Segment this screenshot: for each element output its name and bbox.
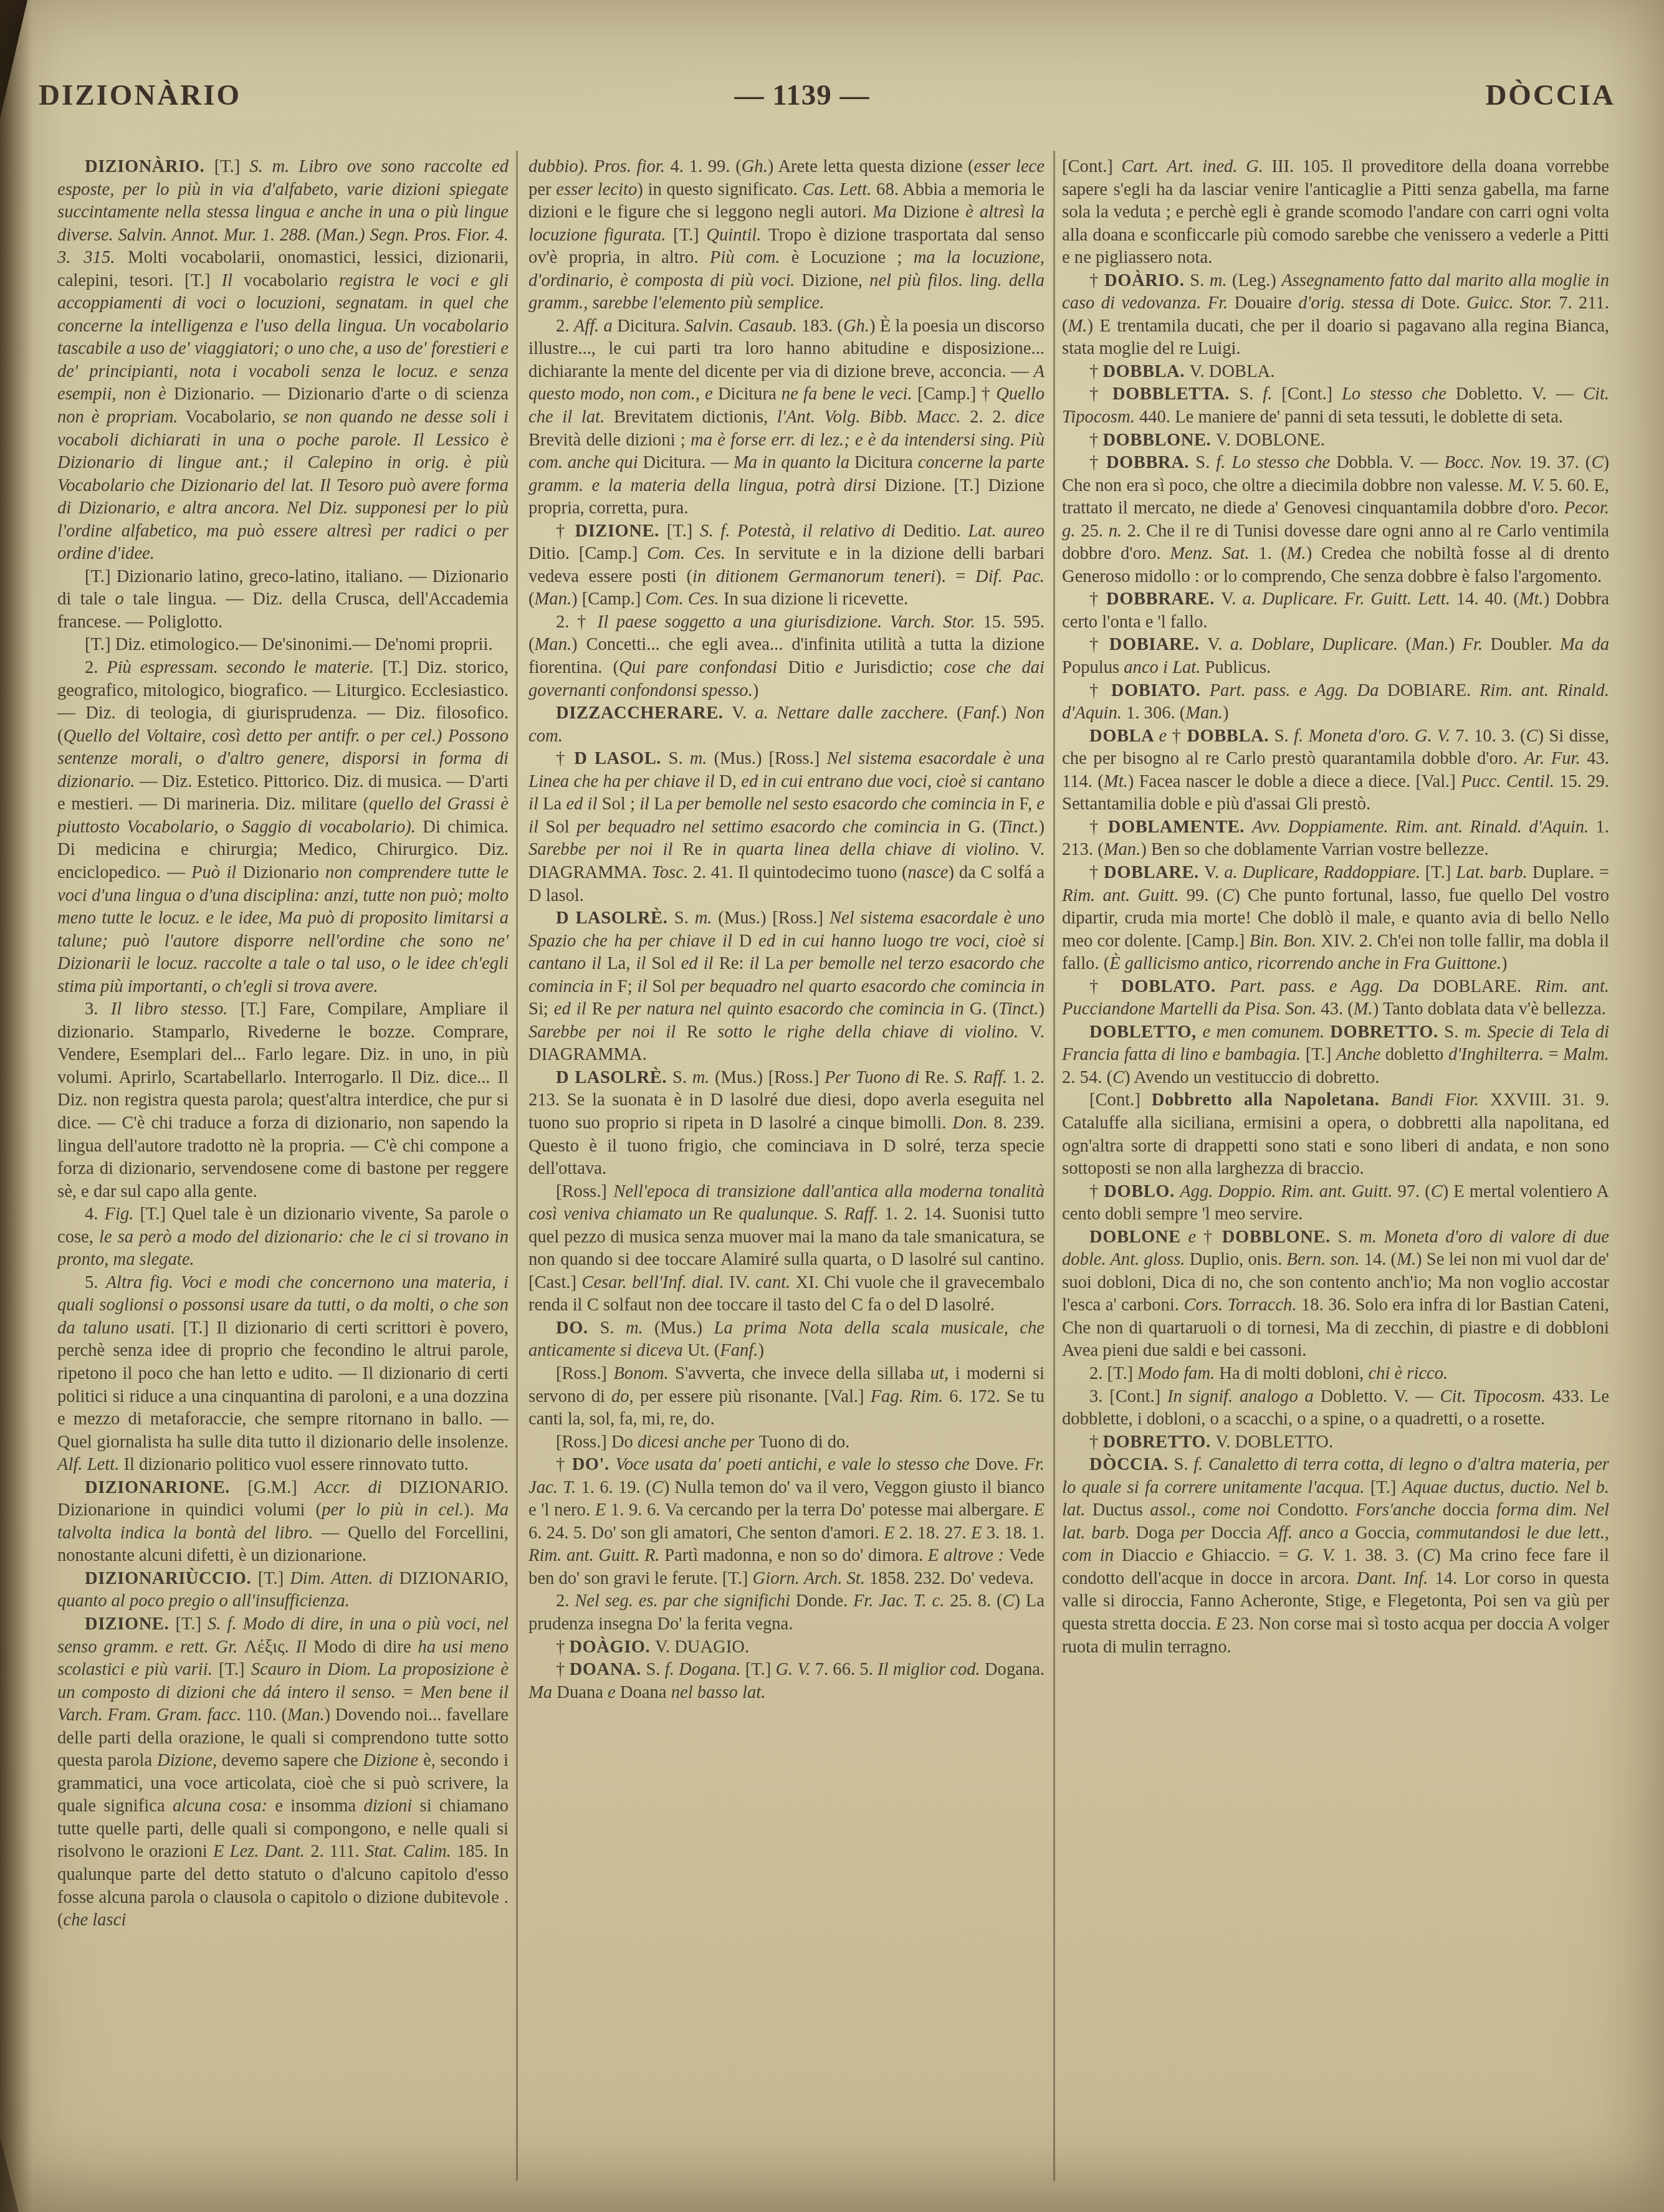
text-run: ) Tanto doblata data v'è bellezza. (1373, 999, 1606, 1019)
text-run: Fig. (105, 1204, 140, 1224)
text-run: Tinct. (998, 999, 1038, 1019)
text-run: Dicitura (854, 453, 918, 472)
text-run: DOBIARE. (1387, 681, 1480, 700)
guide-word-left: DIZIONÀRIO (39, 79, 241, 112)
text-run: qualunque. S. Raff. (739, 1204, 884, 1224)
dictionary-paragraph: † DOBBRA. S. f. Lo stesso che Dobbla. V.… (1062, 452, 1609, 588)
text-run: Salvin. Casaub. (684, 317, 801, 336)
text-run: dobletto (1385, 1045, 1448, 1064)
text-run: le sa però a modo del dizionario: che le… (57, 1228, 509, 1270)
text-run: [T.] (219, 1660, 251, 1679)
text-run: d'orig. stessa di (1298, 293, 1421, 313)
text-run: Dizione, (801, 271, 869, 290)
text-run: m. (1210, 271, 1232, 290)
dictionary-paragraph: † DOBIARE. V. a. Doblare, Duplicare. (Ma… (1062, 634, 1609, 679)
text-run: Il libro stesso. (111, 999, 241, 1019)
text-run: S. (1444, 1023, 1464, 1042)
text-run: S. Raff. (954, 1068, 1012, 1087)
text-run: Part. pass. e Agg. Da (1230, 977, 1433, 996)
text-run: [T.] Fare, Compilare, Ampliare il dizion… (57, 999, 509, 1201)
text-run: 2. 111. (310, 1842, 365, 1861)
headword: DOÀRIO. (1104, 271, 1190, 290)
dictionary-paragraph: dubbio). Pros. fior. 4. 1. 99. (Gh.) Are… (528, 156, 1045, 315)
text-run: ) (1038, 818, 1045, 837)
text-run: D, (719, 772, 741, 791)
text-run: 110. ( (246, 1705, 287, 1725)
dictionary-paragraph: † DOBBLA. V. DOBLA. (1062, 361, 1609, 384)
text-run: per essere più risonante. [Val.] (640, 1387, 871, 1406)
text-run: ) Ben so che doblamente Varrian vostre b… (1140, 840, 1488, 859)
text-run: 183. ( (801, 317, 843, 336)
text-run: Re (687, 1023, 717, 1042)
text-run: S. (672, 1068, 692, 1087)
text-run: Per Tuono di (825, 1068, 925, 1087)
text-run: dizioni (363, 1796, 419, 1816)
text-run: Dif. Pac. (975, 567, 1045, 586)
dictionary-paragraph: † DOÀGIO. V. DUAGIO. (528, 1636, 1045, 1659)
text-run: Bonom. (613, 1364, 675, 1383)
text-run: Man. (535, 589, 572, 609)
text-run: La (654, 794, 677, 814)
text-run: per natura nel quinto esacordo che comin… (618, 999, 970, 1019)
text-run: Pucc. Centil. (1461, 772, 1559, 791)
text-run: dubbio). Pros. fior. (528, 157, 671, 176)
text-run: Dant. Inf. (1356, 1569, 1435, 1588)
text-run: † (1089, 431, 1102, 450)
text-run: S. (1190, 271, 1210, 290)
text-run: V. (732, 703, 755, 723)
headword: DIZIONARIÙCCIO. (85, 1569, 258, 1588)
text-run: ed il (681, 954, 719, 973)
headword: DO'. (572, 1455, 616, 1474)
text-run: e insomma (275, 1796, 363, 1816)
text-run: Doubler. (1490, 635, 1560, 654)
text-run: Dobbla. V. — (1336, 453, 1444, 472)
text-run: Dobletto. V. — (1321, 1387, 1440, 1406)
text-run: Ma da (1560, 635, 1609, 654)
text-run: Menz. Sat. (1170, 544, 1258, 563)
text-run: Deditio. (903, 522, 968, 541)
text-run: Don. (952, 1113, 993, 1133)
headword: Dobbretto alla Napoletana. (1152, 1090, 1391, 1110)
text-run: [T.] (258, 1569, 290, 1588)
dictionary-paragraph: † D LASOL. S. m. (Mus.) [Ross.] Nel sist… (528, 748, 1045, 907)
text-run: G. V. (1297, 1546, 1344, 1565)
text-run: Ma in quanto la (734, 453, 854, 472)
text-run: E altrove : (928, 1546, 1009, 1565)
text-run: Sol (546, 818, 577, 837)
text-run: Sol (651, 954, 681, 973)
headword: DOBLARE. (1104, 863, 1204, 882)
headword: DOBBLA. (1187, 727, 1274, 746)
text-run: devemo sapere che (222, 1751, 363, 1770)
headword: DOÀGIO. (569, 1638, 654, 1657)
text-run: Il (222, 271, 244, 290)
text-run: Bin. Bon. (1250, 932, 1321, 951)
page-number: — 1139 — (734, 79, 869, 112)
headword: D LASOL. (574, 749, 668, 768)
text-run: Sarebbe per noi il (528, 840, 682, 859)
text-run: [Cont.] (1089, 1090, 1152, 1110)
text-run: [Camp.] † (917, 384, 996, 404)
text-run: S. (646, 1660, 664, 1679)
text-run: 97. ( (1397, 1182, 1430, 1201)
text-run: sotto le righe della chiave di violino. (717, 1023, 1030, 1042)
text-run: Agg. Doppio. Rim. ant. Guitt. (1180, 1182, 1397, 1201)
text-run: 7. 10. 3. ( (1455, 727, 1526, 746)
text-run: nasce (907, 863, 948, 882)
text-run: 3. [Cont.] (1089, 1387, 1167, 1406)
text-run: Re: (719, 954, 750, 973)
dictionary-paragraph: † DOBLATO. Part. pass. e Agg. Da DOBLARE… (1062, 976, 1609, 1021)
text-run: f. (1263, 384, 1281, 404)
text-run: 2. 18. 27. (899, 1523, 971, 1543)
text-run: ). = (935, 567, 975, 586)
text-run: Goccia, (1355, 1523, 1416, 1543)
text-run: a. Nettare dalle zacchere. (755, 703, 957, 723)
dictionary-paragraph: DIZIONARIÙCCIO. [T.] Dim. Atten. di DIZI… (57, 1568, 509, 1613)
text-run: C (1002, 1591, 1014, 1611)
dictionary-page-scan: { "page": { "header": { "left": "DIZIONÀ… (0, 0, 1664, 2212)
text-run: cant. (755, 1273, 796, 1292)
dictionary-paragraph: DIZIONE. [T.] S. f. Modo di dire, in una… (57, 1613, 509, 1932)
text-run: Dicitura. — (643, 453, 734, 472)
text-run: M. V. (1508, 476, 1549, 495)
text-run: ) (1223, 703, 1229, 723)
text-run: Populus (1062, 658, 1124, 677)
headword: DOBBRA. (1106, 453, 1195, 472)
headword: DOANA. (570, 1660, 646, 1679)
headword: DOBBLA. (1102, 362, 1189, 381)
text-run: La (543, 794, 566, 814)
headword: DOBBLONE. (1222, 1228, 1338, 1247)
text-run: Λέξις. (244, 1638, 295, 1657)
headword: DIZZACCHERARE. (556, 703, 732, 723)
text-run: Fanf. (963, 703, 1001, 723)
text-run: Dizionario (243, 863, 326, 882)
text-run: F, (1019, 794, 1036, 814)
text-run: m. (695, 908, 719, 928)
text-run: ( (957, 703, 963, 723)
text-run: Man. (1104, 840, 1141, 859)
text-run: il (749, 954, 765, 973)
text-run: ) (1001, 703, 1015, 723)
text-run: Il miglior cod. (877, 1660, 985, 1679)
text-run: per (1181, 1523, 1211, 1543)
text-run: † (556, 522, 575, 541)
text-run: Cas. Lett. (802, 180, 876, 199)
text-run: Si; (528, 999, 554, 1019)
text-run: V. (1204, 863, 1224, 882)
text-run: Mt. (1519, 589, 1544, 609)
text-run: Re (713, 1204, 739, 1224)
text-run: Più espressam. secondo le materie. (107, 658, 382, 677)
text-run: (Leg.) (1232, 271, 1281, 290)
book-gutter-shadow (0, 0, 32, 2212)
text-run: † (1089, 384, 1112, 404)
text-run: 2. 54. ( (1062, 1068, 1112, 1087)
text-run: Dizione, (157, 1751, 222, 1770)
text-run: 5. (85, 1273, 106, 1292)
text-run: C (1591, 453, 1603, 472)
text-run: C (1112, 1068, 1124, 1087)
text-run: Bandi Fior. (1391, 1090, 1490, 1110)
text-run: Cesar. bell'Inf. dial. (581, 1273, 729, 1292)
text-run: Man. (1185, 703, 1223, 723)
text-run: Malm. (1563, 1045, 1609, 1064)
text-run: ) E trentamila ducati, che per il doario… (1062, 317, 1609, 359)
text-run: Dobletto. V. — (1456, 384, 1583, 404)
text-run: Più com. (710, 248, 791, 267)
dictionary-paragraph: [Cont.] Dobbretto alla Napoletana. Bandi… (1062, 1089, 1609, 1180)
text-run: Partì madonna, e non so do' dimora. (664, 1546, 928, 1565)
text-run: Com. Ces. (645, 589, 724, 609)
text-run: Mt. (1104, 772, 1128, 791)
text-run: a. Duplicare, Raddoppiare. (1224, 863, 1425, 882)
text-run: ) [Camp.] (571, 589, 645, 609)
text-run: Dicitura (718, 384, 782, 404)
text-run: ) Facea nascer le doble a diece a diece.… (1128, 772, 1461, 791)
dictionary-paragraph: † DO'. Voce usata da' poeti antichi, e v… (528, 1454, 1045, 1590)
text-run: È gallicismo antico, ricorrendo anche in… (1109, 954, 1501, 973)
text-run: = (1548, 1045, 1563, 1064)
headword: DIZIONE. (575, 522, 667, 541)
text-run: S. (1174, 1455, 1194, 1474)
text-run: Brevità delle dizioni ; (528, 431, 691, 450)
text-run: 25. 8. ( (950, 1591, 1002, 1611)
text-run: Il paese soggetto a una giurisdizione. V… (598, 613, 983, 632)
text-run: ) in questo significato. (637, 180, 802, 199)
text-run: 1. 306. ( (1126, 703, 1185, 723)
text-run: Ut. ( (687, 1341, 720, 1360)
text-run: Può il (191, 863, 242, 882)
text-run: chi è ricco. (1368, 1364, 1448, 1383)
dictionary-paragraph: [Ross.] Nell'epoca di transizione dall'a… (528, 1181, 1045, 1317)
text-run: Bocc. Nov. (1444, 453, 1528, 472)
text-run: in quarta linea della chiave di violino. (712, 840, 1030, 859)
headword: D LASOLRÈ. (556, 908, 674, 928)
text-run: ut, (930, 1364, 955, 1383)
text-run: non è propriam. (57, 408, 185, 427)
text-run: Re. (925, 1068, 954, 1087)
text-run: M. (1354, 999, 1373, 1019)
text-run: Avv. Doppiamente. Rim. ant. Rinald. d'Aq… (1252, 818, 1596, 837)
text-run: Giorn. Arch. St. (753, 1569, 869, 1588)
text-run: G. ( (970, 999, 998, 1019)
dictionary-paragraph: [Cont.] Cart. Art. ined. G. III. 105. Il… (1062, 156, 1609, 270)
headword: DOBLATO. (1121, 977, 1230, 996)
dictionary-paragraph: DÒCCIA. S. f. Canaletto di terra cotta, … (1062, 1454, 1609, 1659)
text-run: Dogana. (985, 1660, 1045, 1679)
text-run: l'Ant. Volg. Bibb. Macc. (777, 408, 970, 427)
dictionary-paragraph: † DOBBRARE. V. a. Duplicare. Fr. Guitt. … (1062, 588, 1609, 634)
dictionary-paragraph: 4. Fig. [T.] Quel tale è un dizionario v… (57, 1203, 509, 1272)
text-run: † (1203, 1228, 1222, 1247)
text-run: Fr. Jac. T. c. (853, 1591, 950, 1611)
text-run: Tinct. (998, 818, 1038, 837)
text-run: Ditio. [Camp.] (528, 544, 647, 563)
text-run: V. DUAGIO. (655, 1638, 749, 1657)
text-run: Man. (287, 1705, 325, 1725)
text-run: Anche (1336, 1045, 1385, 1064)
text-run: [Ross.] (556, 1364, 613, 1383)
text-run: E Lez. Dant. (213, 1842, 310, 1861)
text-run: Tosc. (651, 863, 692, 882)
text-run: C (1431, 1182, 1443, 1201)
text-run: Lat. barb. (1456, 863, 1532, 882)
text-run: IV. (729, 1273, 755, 1292)
dictionary-paragraph: DOBLONE e † DOBBLONE. S. m. Moneta d'oro… (1062, 1226, 1609, 1363)
text-run: Doana (620, 1683, 671, 1702)
text-run: S. (1274, 727, 1294, 746)
text-run: doccia (1443, 1500, 1496, 1520)
text-run: Fr. (1462, 635, 1490, 654)
column-divider (1053, 151, 1055, 2181)
text-run: M. (1287, 544, 1306, 563)
text-run: ) Avendo un vestituccio di dobretto. (1124, 1068, 1379, 1087)
text-run: Il dizionario politico vuol essere rinno… (123, 1455, 469, 1474)
text-run: è Locuzione ; (791, 248, 914, 267)
text-run: il (638, 977, 653, 996)
dictionary-column-1: DIZIONÀRIO. [T.] S. m. Libro ove sono ra… (57, 156, 509, 1932)
headword: DOBLO. (1104, 1182, 1180, 1201)
text-run: † (1089, 453, 1106, 472)
text-run: Doga (1136, 1523, 1181, 1543)
text-run: ) (1038, 999, 1045, 1019)
text-run: M. (1397, 1250, 1416, 1269)
text-run: 99. ( (1187, 886, 1223, 905)
text-run: In signif. analogo a (1167, 1387, 1321, 1406)
running-header: DIZIONÀRIO — 1139 — DÒCCIA (0, 79, 1664, 116)
dictionary-paragraph: DOBLA e † DOBBLA. S. f. Moneta d'oro. G.… (1062, 725, 1609, 816)
text-run: Alf. Lett. (57, 1455, 123, 1474)
text-run: [Cont.] (1281, 384, 1342, 404)
text-run: [T.] Il dizionario di certi scrittori è … (57, 1318, 509, 1452)
guide-word-right: DÒCCIA (1485, 79, 1615, 112)
text-run: Ghiaccio. = (1202, 1546, 1297, 1565)
dictionary-paragraph: † DOBBLONE. V. DOBLONE. (1062, 429, 1609, 452)
text-run: ) Arete letta questa dizione ( (768, 157, 974, 176)
text-run: 2. [T.] (1089, 1364, 1137, 1383)
text-run: m. (626, 1318, 654, 1338)
text-run: † (556, 1660, 570, 1679)
text-run: Dim. Atten. di (290, 1569, 399, 1588)
text-run: † (556, 749, 574, 768)
text-run: Re (682, 840, 712, 859)
text-run: [T.] (673, 226, 706, 245)
text-run: ) (758, 1341, 764, 1360)
text-run: in ditionem Germanorum teneri (692, 567, 935, 586)
text-run: ) (1449, 635, 1463, 654)
text-run: V. DOBLA. (1190, 362, 1275, 381)
text-run: † (1089, 635, 1109, 654)
text-run: 1. ( (1258, 544, 1287, 563)
text-run: Vocabolario, (185, 408, 283, 427)
headword: DOBLAMENTE. (1108, 818, 1252, 837)
text-run: † (556, 1638, 569, 1657)
text-run: Rim. ant. Guitt. R. (528, 1546, 664, 1565)
dictionary-paragraph: 5. Altra fig. Voci e modi che concernono… (57, 1272, 509, 1477)
text-run: S. (1338, 1228, 1360, 1247)
text-run: ed il (566, 794, 601, 814)
text-run: Ditio (788, 658, 835, 677)
dictionary-paragraph: [T.] Diz. etimologico.— De'sinonimi.— De… (57, 634, 509, 657)
text-run: che lasci (64, 1910, 127, 1930)
text-run: M. (1068, 317, 1088, 336)
text-run: e men comunem. (1202, 1023, 1330, 1042)
text-run: Cart. Art. ined. G. (1121, 157, 1271, 176)
text-run: S. (1239, 384, 1263, 404)
text-run: Man. (535, 635, 572, 654)
text-run: esser lecito (556, 180, 637, 199)
dictionary-paragraph: † DOBLAMENTE. Avv. Doppiamente. Rim. ant… (1062, 816, 1609, 862)
headword: DOBBRARE. (1106, 589, 1221, 609)
text-run: Cors. Torracch. (1183, 1295, 1301, 1315)
text-run: [T.] (1306, 1045, 1336, 1064)
text-run: Guicc. Stor. (1466, 293, 1559, 313)
text-run: 1858. 232. Do' vedeva. (869, 1569, 1034, 1588)
text-run: S. (1195, 453, 1216, 472)
text-run: 14. ( (1364, 1250, 1397, 1269)
text-run: dicesi anche per (638, 1433, 759, 1452)
headword: DOBLA (1089, 727, 1159, 746)
dictionary-paragraph: DO. S. m. (Mus.) La prima Nota della sca… (528, 1317, 1045, 1363)
text-run: e (1188, 1228, 1203, 1247)
text-run: Cit. Tipocosm. (1440, 1387, 1552, 1406)
text-run: † (1089, 818, 1108, 837)
text-run: 1. 9. 6. Va cercando per la terra Do' po… (611, 1500, 1034, 1520)
dictionary-paragraph: D LASOLRÈ. S. m. (Mus.) [Ross.] Per Tuon… (528, 1067, 1045, 1181)
text-run: Gh. (843, 317, 869, 336)
headword: DOBLETTO, (1089, 1023, 1202, 1042)
text-run: Sol ; (602, 794, 639, 814)
text-run: per bemolle nel sesto esacordo che comin… (677, 794, 1020, 814)
headword: DIZIONARIONE. (85, 1478, 247, 1497)
dictionary-paragraph: 2. † Il paese soggetto a una giurisdizio… (528, 611, 1045, 702)
text-run: Dizione (363, 1751, 423, 1770)
text-run: 25. (1081, 522, 1108, 541)
text-run: Gh. (742, 157, 768, 176)
text-run: Nel seg. es. par che significhi (575, 1591, 795, 1611)
text-run: m. (692, 1068, 715, 1087)
text-run: [T.] (667, 522, 700, 541)
text-run: Modo fam. (1137, 1364, 1219, 1383)
dictionary-paragraph: † DOBLARE. V. a. Duplicare, Raddoppiare.… (1062, 862, 1609, 976)
text-run: E (1216, 1614, 1231, 1634)
text-run: Douaire (1235, 293, 1299, 313)
text-run: f. Lo stesso che (1216, 453, 1336, 472)
text-run: ne fa bene le veci. (782, 384, 917, 404)
text-run: Man. (1412, 635, 1449, 654)
text-run: † (556, 1455, 572, 1474)
text-run: 440. Le maniere de' panni di seta tessut… (1139, 408, 1563, 427)
text-run: Fanf. (720, 1341, 758, 1360)
text-run: Ma (528, 1683, 557, 1702)
text-run: Bern. son. (1287, 1250, 1364, 1269)
text-run: non comprendere tutte le voci d'una ling… (57, 863, 509, 996)
text-run: [T.] (176, 1614, 208, 1634)
text-run: Accr. di (315, 1478, 399, 1497)
text-run: Part. pass. e Agg. Da (1210, 681, 1387, 700)
dictionary-paragraph: [T.] Dizionario latino, greco-latino, it… (57, 566, 509, 634)
text-run: [G.M.] (247, 1478, 314, 1497)
text-run: Com. Ces. (647, 544, 735, 563)
text-run: 7. 66. 5. (815, 1660, 877, 1679)
headword: DO. (556, 1318, 600, 1338)
text-run: V. DOBLONE. (1216, 431, 1325, 450)
text-run: 6. 24. 5. Do' son gli amatori, Che sento… (528, 1523, 884, 1543)
text-run: assol., come noi (1150, 1500, 1277, 1520)
